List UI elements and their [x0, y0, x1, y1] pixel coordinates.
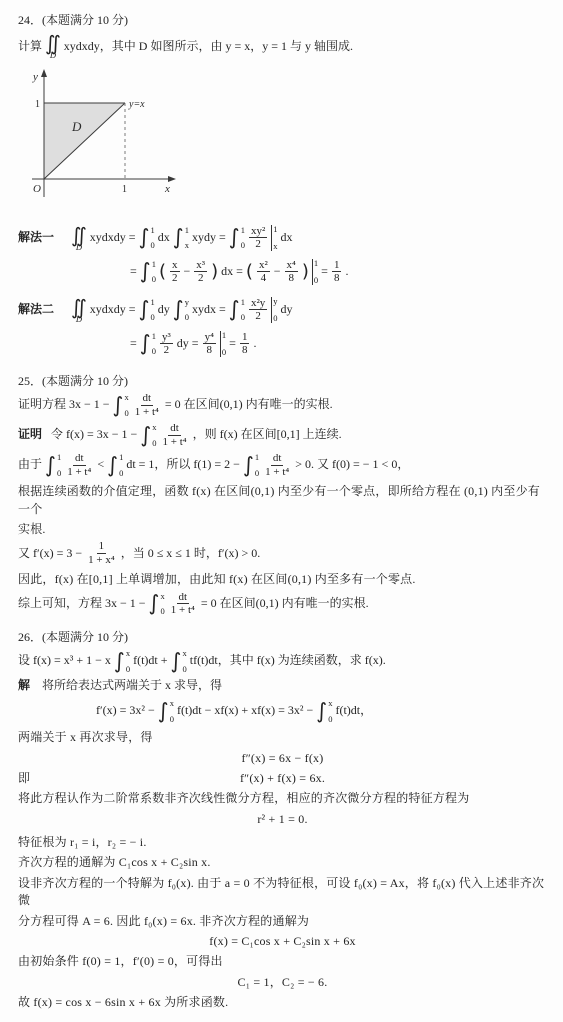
- integral-glyph: ∫: [229, 299, 240, 320]
- integral-sign: ∫10: [243, 453, 259, 477]
- figure-24: y 1 D y=x O 1 x: [30, 67, 547, 214]
- proof-line-4: 实根.: [18, 521, 547, 538]
- integral-sign: ∫10: [140, 332, 156, 356]
- math-text: 综上可知，方程 3x − 1 −: [18, 595, 146, 612]
- solution-2-formula-1: ∬Dxydxdy =∫10dy∫y0xydx =∫10x²y2y0dy: [71, 295, 293, 325]
- fraction: y⁴8: [203, 331, 216, 357]
- math-text: .: [345, 263, 348, 280]
- math-text: dt = 1，所以 f(1) = 2 −: [126, 456, 240, 473]
- fraction: x²y2: [249, 297, 267, 323]
- upper-limit: y: [273, 297, 277, 306]
- problem-25-header: 25．(本题满分 10 分): [18, 373, 547, 390]
- evaluation-limits: 10: [222, 331, 226, 357]
- lower-limit: 0: [125, 409, 129, 418]
- integral-sign: ∫10: [229, 226, 245, 250]
- integral-sign: ∫10: [139, 226, 155, 250]
- fraction-denominator: 2: [170, 272, 180, 285]
- math-text: =: [321, 263, 328, 280]
- math-text: <: [97, 456, 104, 473]
- math-text: dx: [281, 229, 293, 246]
- fraction: 18: [240, 331, 250, 357]
- lower-limit: 0: [170, 715, 174, 724]
- fraction: 18: [332, 259, 342, 285]
- fraction-denominator: 8: [286, 272, 296, 285]
- proof-line-6: 因此，f(x) 在[0,1] 上单调增加，由此知 f(x) 在区间(0,1) 内…: [18, 571, 547, 588]
- bold-label-text: 证明: [18, 426, 42, 443]
- integral-sign: ∫x0: [140, 423, 156, 447]
- math-text: = 0 在区间(0,1) 内有唯一的实根.: [201, 595, 369, 612]
- upper-limit: 1: [151, 298, 155, 307]
- lower-limit: 0: [152, 275, 156, 284]
- fraction: 11 + x⁴: [86, 540, 117, 566]
- fraction-numerator: 1: [240, 331, 250, 345]
- fraction-numerator: dt: [73, 452, 86, 466]
- math-text: 将所给表达式两端关于 x 求导，得: [33, 677, 222, 694]
- domain-subscript: D: [76, 315, 82, 324]
- fraction: x2: [170, 259, 180, 285]
- integral-limits: x0: [328, 699, 332, 723]
- general-solution-equation: f(x) = C₁cos x + C₂sin x + 6x: [18, 933, 547, 950]
- math-text: ，当 0 ≤ x ≤ 1 时，f′(x) > 0.: [121, 545, 261, 562]
- fraction: dt1 + t⁴: [65, 452, 93, 478]
- integral-limits: 1x: [185, 226, 189, 250]
- integral-glyph: ∫: [229, 227, 240, 248]
- upper-limit: x: [126, 649, 130, 658]
- math-text: 又 f′(x) = 3 −: [18, 545, 82, 562]
- final-answer: 故 f(x) = cos x − 6sin x + 6x 为所求函数.: [18, 994, 547, 1011]
- problem-24-header: 24．(本题满分 10 分): [18, 12, 547, 29]
- math-text: 设 f(x) = x³ + 1 − x: [18, 652, 111, 669]
- integral-sign: ∫x0: [114, 649, 130, 673]
- upper-limit: x: [182, 649, 186, 658]
- integral-sign: ∫x0: [316, 699, 332, 723]
- fraction-numerator: dt: [177, 591, 190, 605]
- fraction-denominator: 1 + t⁴: [65, 466, 93, 479]
- integral-sign: ∫10: [107, 453, 123, 477]
- initial-conditions-line: 由初始条件 f(0) = 1，f′(0) = 0，可得出: [18, 953, 547, 970]
- fraction-denominator: 2: [253, 238, 263, 251]
- upper-limit: x: [328, 699, 332, 708]
- lower-limit: 0: [328, 715, 332, 724]
- fraction: x⁴8: [285, 259, 298, 285]
- line-label-y-equals-x: y=x: [128, 99, 145, 110]
- bold-label-text: 解: [18, 677, 30, 694]
- y-tick-1: 1: [35, 99, 40, 110]
- integral-glyph: ∫: [114, 651, 125, 672]
- integral-limits: x0: [170, 699, 174, 723]
- particular-solution-line-2: 分方程可得 A = 6. 因此 f₀(x) = 6x. 非齐次方程的通解为: [18, 913, 547, 930]
- domain-subscript: D: [50, 51, 56, 60]
- integral-sign: ∫1x: [173, 226, 189, 250]
- fraction-denominator: 1 + t⁴: [169, 604, 197, 617]
- upper-limit: 1: [57, 453, 61, 462]
- fraction-denominator: 1 + t⁴: [133, 406, 161, 419]
- characteristic-equation: r² + 1 = 0.: [18, 811, 547, 828]
- math-text: tf(t)dt，其中 f(x) 为连续函数，求 f(x).: [190, 652, 386, 669]
- lower-limit: 0: [161, 607, 165, 616]
- solution-26-line-1: 解 将所给表达式两端关于 x 求导，得: [18, 676, 547, 696]
- solution-26-line-6: 将此方程认作为二阶常系数非齐次线性微分方程，相应的齐次微分方程的特征方程为: [18, 790, 547, 807]
- math-text: 计算: [18, 38, 42, 55]
- math-text: dy =: [177, 335, 199, 352]
- integral-limits: 10: [119, 453, 123, 477]
- fraction-numerator: x²: [257, 259, 270, 273]
- math-text: −: [184, 263, 191, 280]
- math-text: 由于: [18, 456, 42, 473]
- math-text: (: [246, 263, 253, 281]
- math-text: ，则 f(x) 在区间[0,1] 上连续.: [193, 426, 342, 443]
- solution-2-formula-2: =∫10y³2dy =y⁴810=18.: [130, 327, 547, 361]
- characteristic-roots: 特征根为 r₁ = i，r₂ = − i.: [18, 834, 547, 851]
- math-text: 证明方程 3x − 1 −: [18, 396, 110, 413]
- problem-25-stem: 证明方程 3x − 1 −∫x0dt1 + t⁴= 0 在区间(0,1) 内有唯…: [18, 390, 547, 420]
- fraction-numerator: y³: [160, 331, 173, 345]
- particular-solution-line-1: 设非齐次方程的一个特解为 f₀(x). 由于 a = 0 不为特征根，可设 f₀…: [18, 875, 547, 910]
- math-text: f′(x) = 3x² −: [96, 702, 155, 719]
- upper-limit: 1: [255, 453, 259, 462]
- math-text: xydy =: [192, 229, 226, 246]
- solution-1-formula-1: ∬Dxydxdy =∫10dx∫1xxydy =∫10xy²21xdx: [71, 223, 293, 253]
- evaluation-bar: 10: [312, 259, 318, 285]
- integral-sign: ∫10: [139, 298, 155, 322]
- upper-limit: 1: [152, 332, 156, 341]
- integral-limits: 10: [241, 298, 245, 322]
- fraction-numerator: y⁴: [203, 331, 216, 345]
- integral-sign: ∫x0: [113, 393, 129, 417]
- domain-subscript: D: [76, 243, 82, 252]
- x-axis-label: x: [164, 183, 170, 195]
- lower-limit: 0: [182, 665, 186, 674]
- math-text: =: [229, 335, 236, 352]
- double-integral-sign: ∬D: [71, 297, 87, 324]
- upper-limit: x: [152, 423, 156, 432]
- integral-limits: 10: [151, 226, 155, 250]
- math-text: f(t)dt，: [335, 702, 372, 719]
- y-axis-label: y: [32, 71, 38, 83]
- evaluation-limits: y0: [273, 297, 277, 323]
- integral-limits: 10: [151, 298, 155, 322]
- y-axis-arrow: [41, 69, 47, 77]
- integral-glyph: ∫: [113, 395, 124, 416]
- math-text: xydxdy =: [90, 301, 136, 318]
- evaluation-limits: 1x: [273, 225, 277, 251]
- integral-glyph: ∫: [140, 333, 151, 354]
- lower-limit: 0: [222, 348, 226, 357]
- math-text: xydx =: [192, 301, 226, 318]
- math-text: ): [211, 263, 218, 281]
- integral-limits: y0: [185, 298, 189, 322]
- solution-1-line-1: 解法一 ∬Dxydxdy =∫10dx∫1xxydy =∫10xy²21xdx: [18, 221, 547, 255]
- math-text: xydxdy，其中 D 如图所示，由 y = x，y = 1 与 y 轴围成.: [64, 38, 353, 55]
- lower-limit: 0: [241, 241, 245, 250]
- integral-glyph: ∫: [173, 227, 184, 248]
- problem-26-header: 26．(本题满分 10 分): [18, 629, 547, 646]
- solution-26-equation-2: f″(x) + f(x) = 6x.: [18, 770, 547, 787]
- solution-26-line-3: 两端关于 x 再次求导，得: [18, 729, 547, 746]
- integral-glyph: ∫: [171, 651, 182, 672]
- evaluation-bar: y0: [271, 297, 277, 323]
- integral-limits: 10: [152, 332, 156, 356]
- evaluation-limits: 10: [314, 259, 318, 285]
- proof-line-5: 又 f′(x) = 3 −11 + x⁴，当 0 ≤ x ≤ 1 时，f′(x)…: [18, 538, 547, 568]
- integral-limits: x0: [182, 649, 186, 673]
- lower-limit: 0: [152, 439, 156, 448]
- math-text: = 0 在区间(0,1) 内有唯一的实根.: [165, 396, 333, 413]
- math-text: .: [253, 335, 256, 352]
- fraction: xy²2: [249, 225, 267, 251]
- integral-glyph: ∫: [139, 299, 150, 320]
- upper-limit: 1: [222, 331, 226, 340]
- fraction-numerator: xy²: [249, 225, 267, 239]
- problem-26-stem: 设 f(x) = x³ + 1 − x∫x0f(t)dt +∫x0tf(t)dt…: [18, 646, 547, 676]
- fraction-numerator: dt: [271, 452, 284, 466]
- integral-limits: x0: [125, 393, 129, 417]
- upper-limit: 1: [151, 226, 155, 235]
- lower-limit: 0: [255, 469, 259, 478]
- fraction-numerator: x²y: [249, 297, 267, 311]
- integral-glyph: ∫: [173, 299, 184, 320]
- upper-limit: x: [161, 592, 165, 601]
- proof-line-1: 证明 令 f(x) = 3x − 1 −∫x0dt1 + t⁴，则 f(x) 在…: [18, 420, 547, 450]
- fraction: dt1 + t⁴: [263, 452, 291, 478]
- fraction-denominator: 8: [240, 344, 250, 357]
- fraction: y³2: [160, 331, 173, 357]
- math-text: −: [274, 263, 281, 280]
- math-text: f(t)dt − xf(x) + xf(x) = 3x² −: [177, 702, 313, 719]
- solution-2-line-1: 解法二 ∬Dxydxdy =∫10dy∫y0xydx =∫10x²y2y0dy: [18, 293, 547, 327]
- math-text: =: [130, 335, 137, 352]
- x-axis-arrow: [168, 176, 176, 182]
- lower-limit: 0: [57, 469, 61, 478]
- fraction-numerator: x: [170, 259, 180, 273]
- upper-limit: 1: [241, 226, 245, 235]
- upper-limit: 1: [185, 226, 189, 235]
- math-text: ): [302, 263, 309, 281]
- proof-line-3: 根据连续函数的介值定理，函数 f(x) 在区间(0,1) 内至少有一个零点，即所…: [18, 483, 547, 518]
- upper-limit: y: [185, 298, 189, 307]
- origin-label: O: [33, 183, 41, 195]
- fraction-denominator: 1 + x⁴: [86, 554, 117, 567]
- math-text: xydxdy =: [90, 229, 136, 246]
- fraction-numerator: 1: [97, 540, 107, 554]
- integral-glyph: ∫: [158, 701, 169, 722]
- integral-sign: ∫x0: [158, 699, 174, 723]
- fraction-denominator: 8: [205, 344, 215, 357]
- evaluation-bar: 10: [220, 331, 226, 357]
- math-text: (: [159, 263, 166, 281]
- integral-limits: x0: [161, 592, 165, 616]
- integral-glyph: ∫: [149, 593, 160, 614]
- integral-limits: x0: [126, 649, 130, 673]
- fraction-denominator: 2: [162, 344, 172, 357]
- homogeneous-general-solution: 齐次方程的通解为 C₁cos x + C₂sin x.: [18, 854, 547, 871]
- integral-sign: ∫x0: [149, 592, 165, 616]
- proof-line-7: 综上可知，方程 3x − 1 −∫x0dt1 + t⁴= 0 在区间(0,1) …: [18, 589, 547, 619]
- fraction-numerator: dt: [168, 422, 181, 436]
- integral-glyph: ∫: [316, 701, 327, 722]
- integral-glyph: ∫: [107, 455, 118, 476]
- integral-glyph: ∫: [139, 227, 150, 248]
- upper-limit: 1: [273, 225, 277, 234]
- fraction-denominator: 2: [196, 272, 206, 285]
- evaluation-bar-line: [271, 297, 272, 323]
- fraction-denominator: 4: [259, 272, 269, 285]
- fraction-numerator: dt: [141, 392, 154, 406]
- lower-limit: x: [273, 242, 277, 251]
- fraction-numerator: x³: [194, 259, 207, 273]
- x-tick-1: 1: [122, 184, 127, 195]
- math-text: f(t)dt +: [133, 652, 167, 669]
- solution-26-line-5: 即 f″(x) + f(x) = 6x.: [18, 770, 547, 787]
- lower-limit: 0: [273, 314, 277, 323]
- solution-1-formula-2: =∫10(x2−x³2)dx =(x²4−x⁴8)10=18.: [130, 255, 547, 289]
- integral-sign: ∫10: [140, 260, 156, 284]
- integral-limits: 10: [241, 226, 245, 250]
- integral-sign: ∫10: [229, 298, 245, 322]
- region-diagram: y 1 D y=x O 1 x: [30, 67, 200, 209]
- upper-limit: 1: [152, 260, 156, 269]
- solution-2-label: 解法二: [18, 301, 54, 318]
- solution-26-derivative-1: f′(x) = 3x² −∫x0f(t)dt − xf(x) + xf(x) =…: [96, 696, 547, 726]
- lower-limit: 0: [119, 469, 123, 478]
- exam-solution-page: 24．(本题满分 10 分) 计算∬Dxydxdy，其中 D 如图所示，由 y …: [0, 0, 563, 1022]
- fraction: dt1 + t⁴: [133, 392, 161, 418]
- fraction: x²4: [257, 259, 270, 285]
- solution-26-line-5-left: 即: [18, 770, 30, 787]
- region-label-D: D: [71, 119, 82, 134]
- fraction: x³2: [194, 259, 207, 285]
- fraction-denominator: 2: [253, 310, 263, 323]
- fraction-denominator: 1 + t⁴: [263, 466, 291, 479]
- integral-limits: 10: [255, 453, 259, 477]
- fraction-denominator: 1 + t⁴: [161, 436, 189, 449]
- math-text: 令 f(x) = 3x − 1 −: [45, 426, 137, 443]
- math-text: dy: [158, 301, 170, 318]
- fraction-numerator: 1: [332, 259, 342, 273]
- math-text: dy: [281, 301, 293, 318]
- math-text: > 0. 又 f(0) = − 1 < 0，: [295, 456, 409, 473]
- math-text: dx: [158, 229, 170, 246]
- lower-limit: 0: [151, 313, 155, 322]
- upper-limit: 1: [314, 259, 318, 268]
- evaluation-bar: 1x: [271, 225, 277, 251]
- lower-limit: 0: [314, 276, 318, 285]
- upper-limit: x: [125, 393, 129, 402]
- integral-sign: ∫10: [45, 453, 61, 477]
- proof-line-2: 由于∫10dt1 + t⁴<∫10dt = 1，所以 f(1) = 2 −∫10…: [18, 450, 547, 480]
- integral-glyph: ∫: [140, 425, 151, 446]
- double-integral-sign: ∬D: [45, 33, 61, 60]
- double-integral-sign: ∬D: [71, 225, 87, 252]
- evaluation-bar-line: [220, 331, 221, 357]
- lower-limit: 0: [126, 665, 130, 674]
- evaluation-bar-line: [271, 225, 272, 251]
- math-text: dx =: [221, 263, 243, 280]
- math-text: =: [130, 263, 137, 280]
- upper-limit: x: [170, 699, 174, 708]
- integral-limits: 10: [152, 260, 156, 284]
- integral-limits: 10: [57, 453, 61, 477]
- upper-limit: 1: [119, 453, 123, 462]
- integral-glyph: ∫: [243, 455, 254, 476]
- fraction-numerator: x⁴: [285, 259, 298, 273]
- integral-sign: ∫x0: [171, 649, 187, 673]
- lower-limit: 0: [151, 241, 155, 250]
- problem-24-stem: 计算∬Dxydxdy，其中 D 如图所示，由 y = x，y = 1 与 y 轴…: [18, 29, 547, 63]
- evaluation-bar-line: [312, 259, 313, 285]
- constants-values: C₁ = 1，C₂ = − 6.: [18, 974, 547, 991]
- lower-limit: x: [185, 241, 189, 250]
- lower-limit: 0: [185, 313, 189, 322]
- solution-26-equation-1: f″(x) = 6x − f(x): [18, 750, 547, 767]
- integral-glyph: ∫: [45, 455, 56, 476]
- fraction: dt1 + t⁴: [169, 591, 197, 617]
- integral-limits: x0: [152, 423, 156, 447]
- fraction: dt1 + t⁴: [161, 422, 189, 448]
- fraction-denominator: 8: [332, 272, 342, 285]
- integral-sign: ∫y0: [173, 298, 189, 322]
- lower-limit: 0: [241, 313, 245, 322]
- lower-limit: 0: [152, 347, 156, 356]
- upper-limit: 1: [241, 298, 245, 307]
- solution-1-label: 解法一: [18, 229, 54, 246]
- integral-glyph: ∫: [140, 261, 151, 282]
